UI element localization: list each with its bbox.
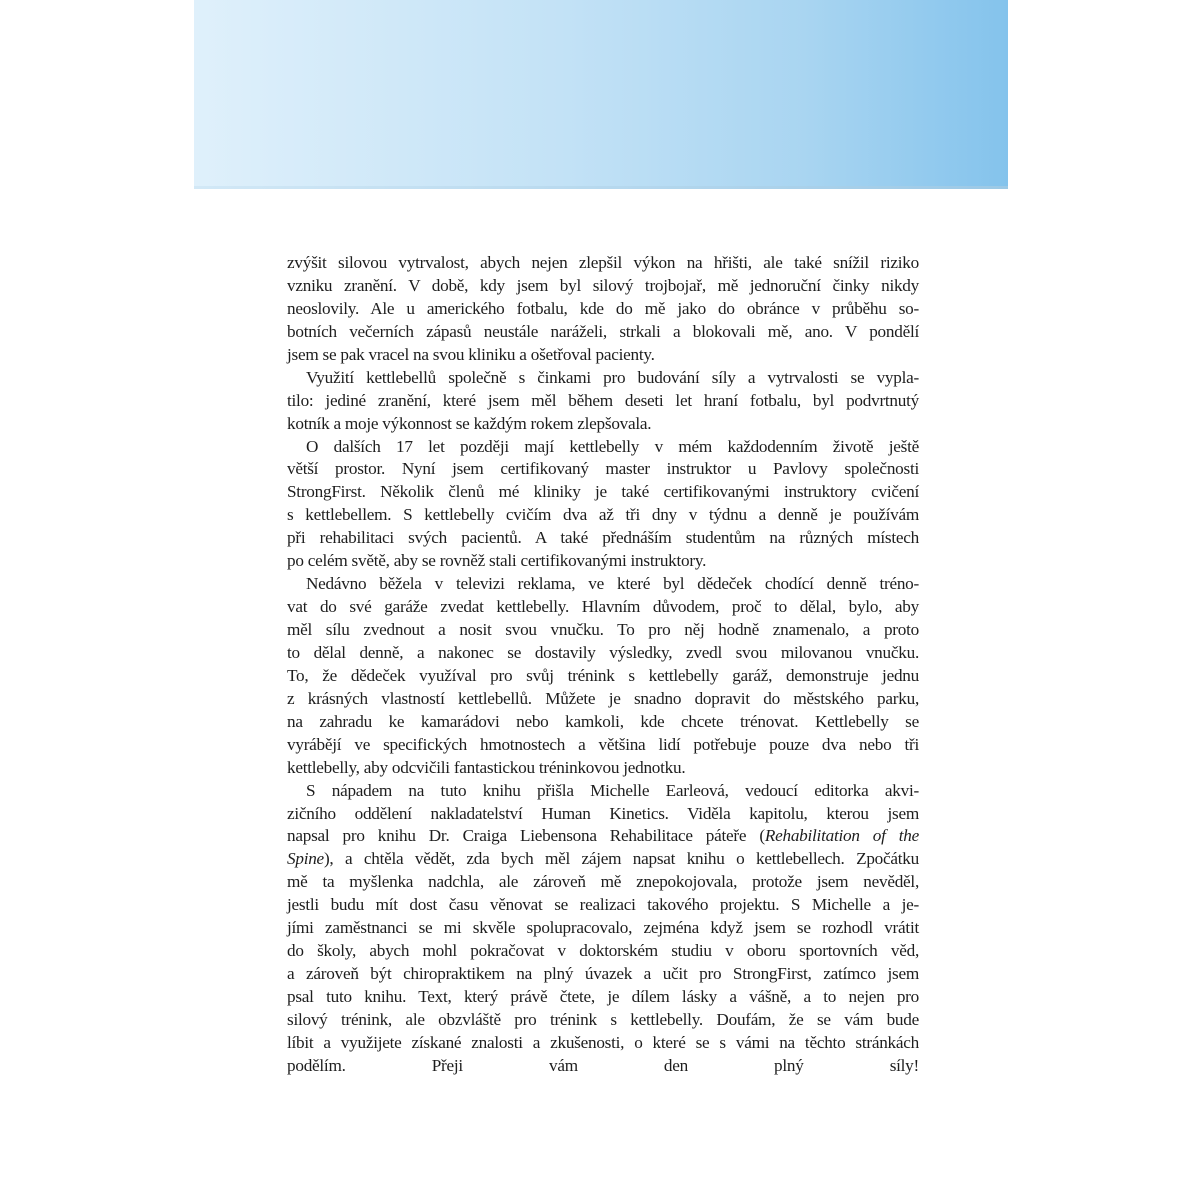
paragraph-4: Nedávno běžela v televizi reklama, ve kt… <box>287 573 919 779</box>
text-line: větší prostor. Nyní jsem certifikovaný m… <box>287 458 919 481</box>
text-line: botních večerních zápasů neustále naráže… <box>287 321 919 344</box>
text-line: vzniku zranění. V době, kdy jsem byl sil… <box>287 275 919 298</box>
text-line: Nedávno běžela v televizi reklama, ve kt… <box>287 573 919 596</box>
text-line: psal tuto knihu. Text, který právě čtete… <box>287 986 919 1009</box>
text-line: jsem se pak vracel na svou kliniku a oše… <box>287 344 919 367</box>
text-line: to dělal denně, a nakonec se dostavily v… <box>287 642 919 665</box>
text-line: napsal pro knihu Dr. Craiga Liebensona R… <box>287 825 919 848</box>
text-line: kettlebelly, aby odcvičili fantastickou … <box>287 757 919 780</box>
text-line: jími zaměstnanci se mi skvěle spolupraco… <box>287 917 919 940</box>
text-line: měl sílu zvednout a nosit svou vnučku. T… <box>287 619 919 642</box>
text-line: líbit a využijete získané znalosti a zku… <box>287 1032 919 1055</box>
text-line <box>287 1078 919 1101</box>
text-line: tilo: jediné zranění, které jsem měl běh… <box>287 390 919 413</box>
text-line: neoslovily. Ale u amerického fotbalu, kd… <box>287 298 919 321</box>
text-line: jestli budu mít dost času věnovat se rea… <box>287 894 919 917</box>
paragraph-1: zvýšit silovou vytrvalost, abych nejen z… <box>287 252 919 367</box>
text-line: do školy, abych mohl pokračovat v doktor… <box>287 940 919 963</box>
text-line: vat do své garáže zvedat kettlebelly. Hl… <box>287 596 919 619</box>
paragraph-3: O dalších 17 let později mají kettlebell… <box>287 436 919 574</box>
paragraph-2: Využití kettlebellů společně s činkami p… <box>287 367 919 436</box>
text-line: Spine), a chtěla vědět, zda bych měl záj… <box>287 848 919 871</box>
text-line: Využití kettlebellů společně s činkami p… <box>287 367 919 390</box>
text-line: vyrábějí ve specifických hmotnostech a v… <box>287 734 919 757</box>
text-line: s kettlebellem. S kettlebelly cvičím dva… <box>287 504 919 527</box>
text-segment: ), a chtěla vědět, zda bych měl zájem na… <box>324 849 919 868</box>
text-line: po celém světě, aby se rovněž stali cert… <box>287 550 919 573</box>
text-line: kotník a moje výkonnost se každým rokem … <box>287 413 919 436</box>
text-line: StrongFirst. Několik členů mé kliniky je… <box>287 481 919 504</box>
text-line: zvýšit silovou vytrvalost, abych nejen z… <box>287 252 919 275</box>
text-line: při rehabilitaci svých pacientů. A také … <box>287 527 919 550</box>
text-line: silový trénink, ale obzvláště pro trénin… <box>287 1009 919 1032</box>
text-segment: napsal pro knihu Dr. Craiga Liebensona R… <box>287 826 765 845</box>
text-line: zičního oddělení nakladatelství Human Ki… <box>287 803 919 826</box>
book-title-italic: Spine <box>287 849 324 868</box>
text-line: podělím. Přeji vám den plný síly! <box>287 1055 919 1078</box>
text-line: O dalších 17 let později mají kettlebell… <box>287 436 919 459</box>
text-line: S nápadem na tuto knihu přišla Michelle … <box>287 780 919 803</box>
header-gradient-band <box>194 0 1008 189</box>
paragraph-5: S nápadem na tuto knihu přišla Michelle … <box>287 780 919 1101</box>
text-line: mě ta myšlenka nadchla, ale zároveň mě z… <box>287 871 919 894</box>
book-title-italic: Rehabilitation of the <box>765 826 919 845</box>
body-text: zvýšit silovou vytrvalost, abych nejen z… <box>287 252 919 1101</box>
text-line: na zahradu ke kamarádovi nebo kamkoli, k… <box>287 711 919 734</box>
text-line: a zároveň být chiropraktikem na plný úva… <box>287 963 919 986</box>
text-line: z krásných vlastností kettlebellů. Můžet… <box>287 688 919 711</box>
text-line: To, že dědeček využíval pro svůj trénink… <box>287 665 919 688</box>
